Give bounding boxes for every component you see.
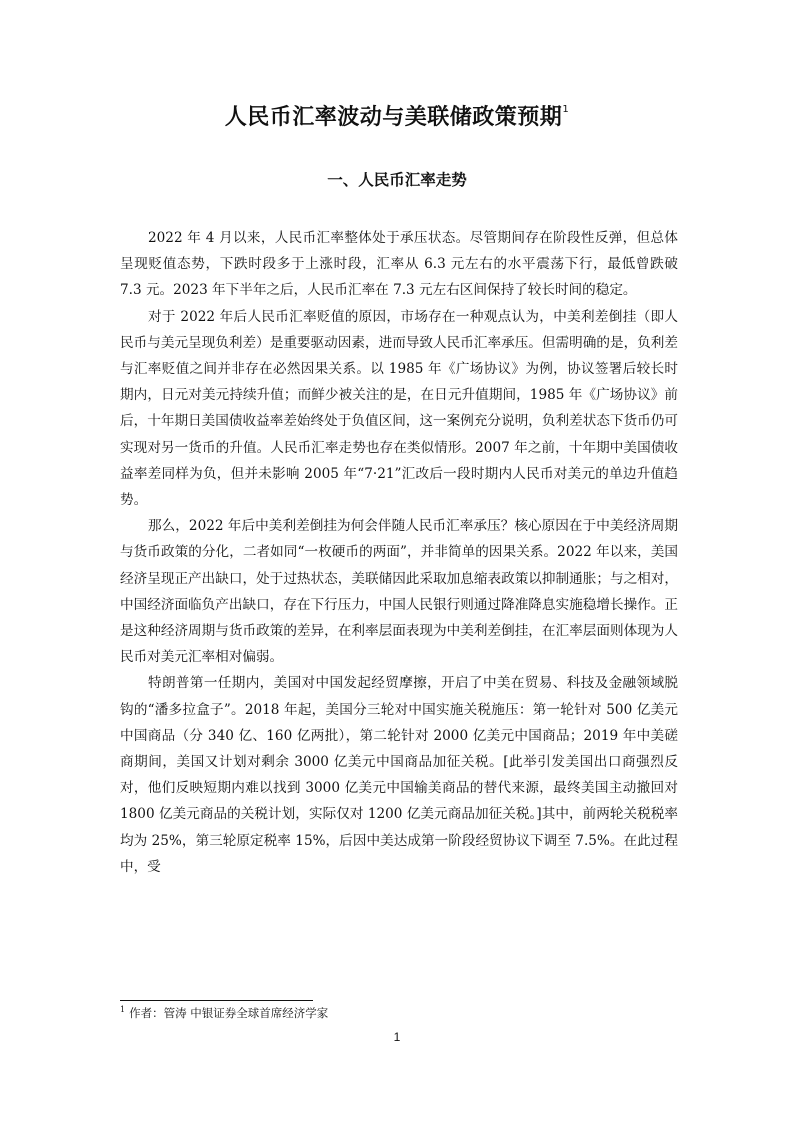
page-number: 1: [0, 1030, 794, 1044]
body-text: 2022 年 4 月以来，人民币汇率整体处于承压状态。尽管期间存在阶段性反弹，但…: [120, 225, 678, 880]
paragraph: 对于 2022 年后人民币汇率贬值的原因，市场存在一种观点认为，中美利差倒挂（即…: [120, 304, 678, 514]
paragraph: 那么，2022 年后中美利差倒挂为何会伴随人民币汇率承压？核心原因在于中美经济周…: [120, 513, 678, 670]
paragraph: 2022 年 4 月以来，人民币汇率整体处于承压状态。尽管期间存在阶段性反弹，但…: [120, 225, 678, 304]
document-page: 人民币汇率波动与美联储政策预期1 一、人民币汇率走势 2022 年 4 月以来，…: [0, 0, 794, 1123]
footnote: 1作者：管涛 中银证券全球首席经济学家: [120, 1005, 328, 1021]
footnote-marker: 1: [120, 1005, 125, 1014]
section-heading: 一、人民币汇率走势: [0, 168, 794, 190]
document-title: 人民币汇率波动与美联储政策预期1: [0, 100, 794, 131]
paragraph: 特朗普第一任期内，美国对中国发起经贸摩擦，开启了中美在贸易、科技及金融领域脱钩的…: [120, 670, 678, 880]
footnote-text: 作者：管涛 中银证券全球首席经济学家: [129, 1006, 328, 1020]
footnote-separator: [120, 1000, 313, 1001]
title-footnote-marker[interactable]: 1: [562, 104, 569, 115]
title-text: 人民币汇率波动与美联储政策预期: [225, 105, 563, 130]
